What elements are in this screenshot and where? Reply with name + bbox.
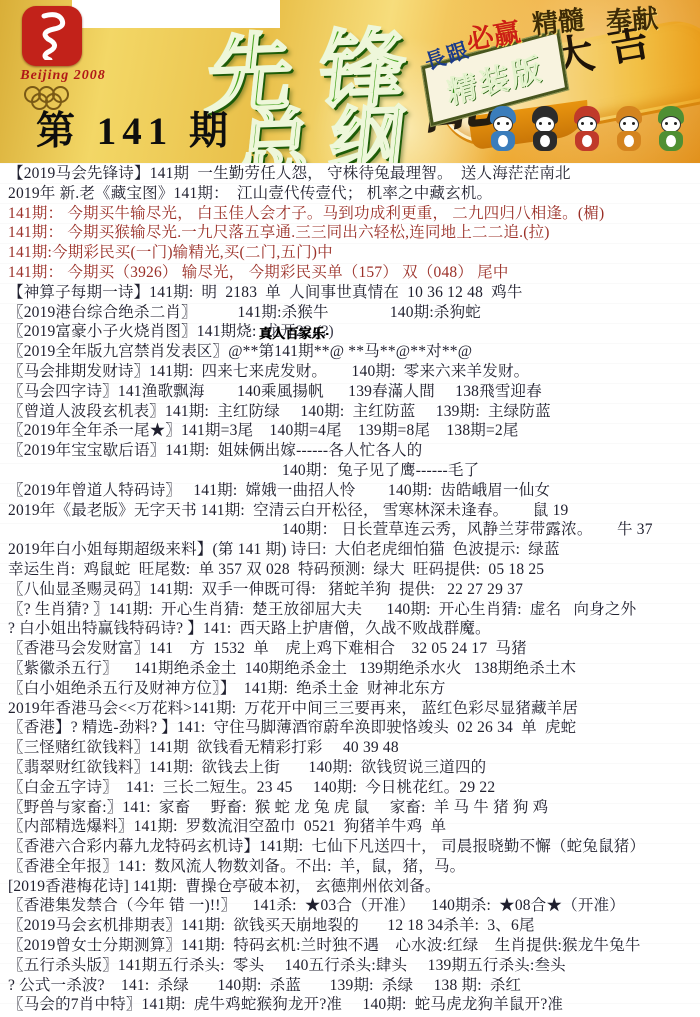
dancing-figure-icon bbox=[30, 12, 74, 60]
text-line: 〖2019全年版九宫禁肖发表区〗@**第141期**@ **马**@**对**@ bbox=[0, 342, 700, 362]
text-line: 【2019马会先锋诗】141期 一生勤劳任人怨， 守株待兔最理智。 送人海茫茫南… bbox=[0, 164, 700, 184]
text-line: 141期:今期彩民买(一门)输精光,买(二门,五门)中 bbox=[0, 243, 700, 263]
text-line: 〖五行杀头版〗141期五行杀头: 零头 140五行杀头:肆头 139期五行杀头:… bbox=[0, 956, 700, 976]
text-line: ? 白小姐出特赢钱特码诗? 】141: 西天路上护唐僧，久战不败战群魔。 bbox=[0, 619, 700, 639]
tip-sheet-page: Beijing 2008 第 141 期 先锋 总纲 精装版 必赢 精髓 奉献 … bbox=[0, 0, 700, 1017]
text-line: 141期： 今期买猴输尽光.一九尺落五享通.三三同出六轻松,连同地上二二追.(拉… bbox=[0, 223, 700, 243]
watermark-overlay: 真人百家乐· bbox=[259, 324, 330, 342]
mascot-jingjing-icon bbox=[528, 106, 562, 158]
text-line: 幸运生肖: 鸡鼠蛇 旺尾数: 单 357 双 028 特码预测: 绿大 旺码提供… bbox=[0, 560, 700, 580]
text-line: 〖2019年全年杀一尾★〗141期=3尾 140期=4尾 139期=8尾 138… bbox=[0, 421, 700, 441]
text-line: 〖香港全年报〗141: 数风流人物数刘备。不出: 羊，鼠，猪，马。 bbox=[0, 857, 700, 877]
text-line: 141期： 今期买牛输尽光， 白玉佳人会才子。马到功成利更重， 二九四归八相逢。… bbox=[0, 204, 700, 224]
mascot-huanhuan-icon bbox=[570, 106, 604, 158]
text-line: 141期： 今期买（3926） 输尽光， 今期彩民买单（157） 双（048） … bbox=[0, 263, 700, 283]
text-line: 〖2019港台综合绝杀二肖〗 141期:杀猴牛 140期:杀狗蛇 bbox=[0, 303, 700, 323]
content-lines: 【2019马会先锋诗】141期 一生勤劳任人怨， 守株待兔最理智。 送人海茫茫南… bbox=[0, 163, 700, 1017]
text-line: 〖三怪赌红欲钱料〗141期 欲钱看无精彩打彩 40 39 48 bbox=[0, 738, 700, 758]
text-line: 〖马会的7肖中特〗141期: 虎牛鸡蛇猴狗龙开?准 140期: 蛇马虎龙狗羊鼠开… bbox=[0, 995, 700, 1015]
text-line: 〖香港集发禁合（今年 错 一)!!〗 141杀: ★03合（开准） 140期杀:… bbox=[0, 896, 700, 916]
text-line: 〖翡翠财红欲钱料〗141期: 欲钱去上街 140期: 欲钱贸说三道四的 bbox=[0, 758, 700, 778]
masthead: Beijing 2008 第 141 期 先锋 总纲 精装版 必赢 精髓 奉献 … bbox=[0, 0, 700, 163]
text-line: ? 公式一杀波? 141: 杀绿 140期: 杀蓝 139期: 杀绿 138 期… bbox=[0, 976, 700, 996]
text-line: 〖白小姐绝杀五行及财神方位〗】 141期: 绝杀土金 财神北东方 bbox=[0, 679, 700, 699]
text-line: 〖白金五字诗〗 141: 三长二短生。23 45 140期: 今日桃花红。29 … bbox=[0, 778, 700, 798]
text-line: 〖马会排期发财诗〗141期: 四来七来虎发财。 140期: 零来六来羊发财。 bbox=[0, 362, 700, 382]
text-line: 〖2019曾女士分期测算〗141期: 特码玄机:兰时独不遇 心水波:红绿 生肖提… bbox=[0, 936, 700, 956]
slogan-fengxian: 奉献 bbox=[605, 0, 659, 39]
text-line: 〖2019富豪小子火烧肖图〗141期烧: 龙开22.(?)真人百家乐· bbox=[0, 322, 700, 342]
text-line: 〖野兽与家畜:〗141: 家畜 野畜: 猴 蛇 龙 兔 虎 鼠 家畜: 羊 马 … bbox=[0, 798, 700, 818]
text-line: 〖马会四字诗〗141渔歌飘海 140乘風揚帆 139春滿人間 138飛雪迎春 bbox=[0, 382, 700, 402]
masthead-title-line2: 总纲 bbox=[232, 81, 428, 163]
text-line: 〖曾道人波段玄机表〗141期: 主红防绿 140期: 主红防蓝 139期: 主绿… bbox=[0, 402, 700, 422]
mascots-row bbox=[486, 106, 688, 158]
text-line: [2019香港梅花诗] 141期: 曹操仓亭破本初， 玄德荆州依刘备。 bbox=[0, 877, 700, 897]
text-line: 【神算子每期一诗】141期: 明 2183 单 人间事世真情在 10 36 12… bbox=[0, 283, 700, 303]
text-line: 2019年白小姐每期超级来料】(第 141 期) 诗曰: 大伯老虎细怕猫 色波提… bbox=[0, 540, 700, 560]
text-line: 2019年 新.老《藏宝图》141期： 江山壹代传壹代； 机率之中藏玄机。 bbox=[0, 184, 700, 204]
beijing-2008-script: Beijing 2008 bbox=[8, 68, 118, 84]
slogan-jingsui: 精髓 bbox=[530, 0, 586, 42]
text-line: 〖? 生肖猜? 〗141期: 开心生肖猜: 楚王放卻屈大夫 140期: 开心生肖… bbox=[0, 600, 700, 620]
text-line: 〖2019马会玄机排期表〗141期: 欲钱买天崩地裂的 12 18 34杀羊: … bbox=[0, 916, 700, 936]
text-line: 〖八仙显圣赐灵码〗141期: 双手一伸既可得: 猪蛇羊狗 提供: 22 27 2… bbox=[0, 580, 700, 600]
mascot-beibei-icon bbox=[486, 106, 520, 158]
text-line: 〖香港六合彩内幕九龙特码玄机诗】141期: 七仙下凡送四十， 司晨报晓勤不懈（蛇… bbox=[0, 837, 700, 857]
dancing-beijing-seal-icon bbox=[22, 6, 82, 66]
text-line: 〖2019年曾道人特码诗〗 141期: 嫦娥一曲招人怜 140期: 齿皓峨眉一仙… bbox=[0, 481, 700, 501]
text-line: 〖紫徽杀五行〗 141期绝杀金土 140期绝杀金土 139期绝杀水火 138期绝… bbox=[0, 659, 700, 679]
text-line: 140期：兔子见了鹰------毛了 bbox=[0, 461, 700, 481]
text-line: 〖2019年宝宝歇后语〗141期: 姐妹俩出嫁------各人忙各人的 bbox=[0, 441, 700, 461]
mascot-yingying-icon bbox=[612, 106, 646, 158]
text-line: 2019年香港马会<<万花料>141期: 万花开中间三三要再来， 蓝红色彩尽显猪… bbox=[0, 699, 700, 719]
text-line: 2019年《最老版》无字天书 141期: 空清云白开松径， 雪寒林深未逢春。 鼠… bbox=[0, 501, 700, 521]
issue-number: 第 141 期 bbox=[36, 100, 234, 156]
mascot-nini-icon bbox=[654, 106, 688, 158]
text-line: 140期： 日长萱草连云秀，风静兰芽带露浓。 牛 37 bbox=[0, 520, 700, 540]
text-line: 〖内部精选爆料〗141期: 罗数流泪空盈巾 0521 狗猪羊牛鸡 单 bbox=[0, 817, 700, 837]
text-line: 〖香港】? 精选-劲料? 】141: 守住马脚薄酒帘蔚牟涣即驶恪竣头 02 26… bbox=[0, 718, 700, 738]
text-line: 〖香港马会发财富〗141 方 1532 单 虎上鸡下难相合 32 05 24 1… bbox=[0, 639, 700, 659]
